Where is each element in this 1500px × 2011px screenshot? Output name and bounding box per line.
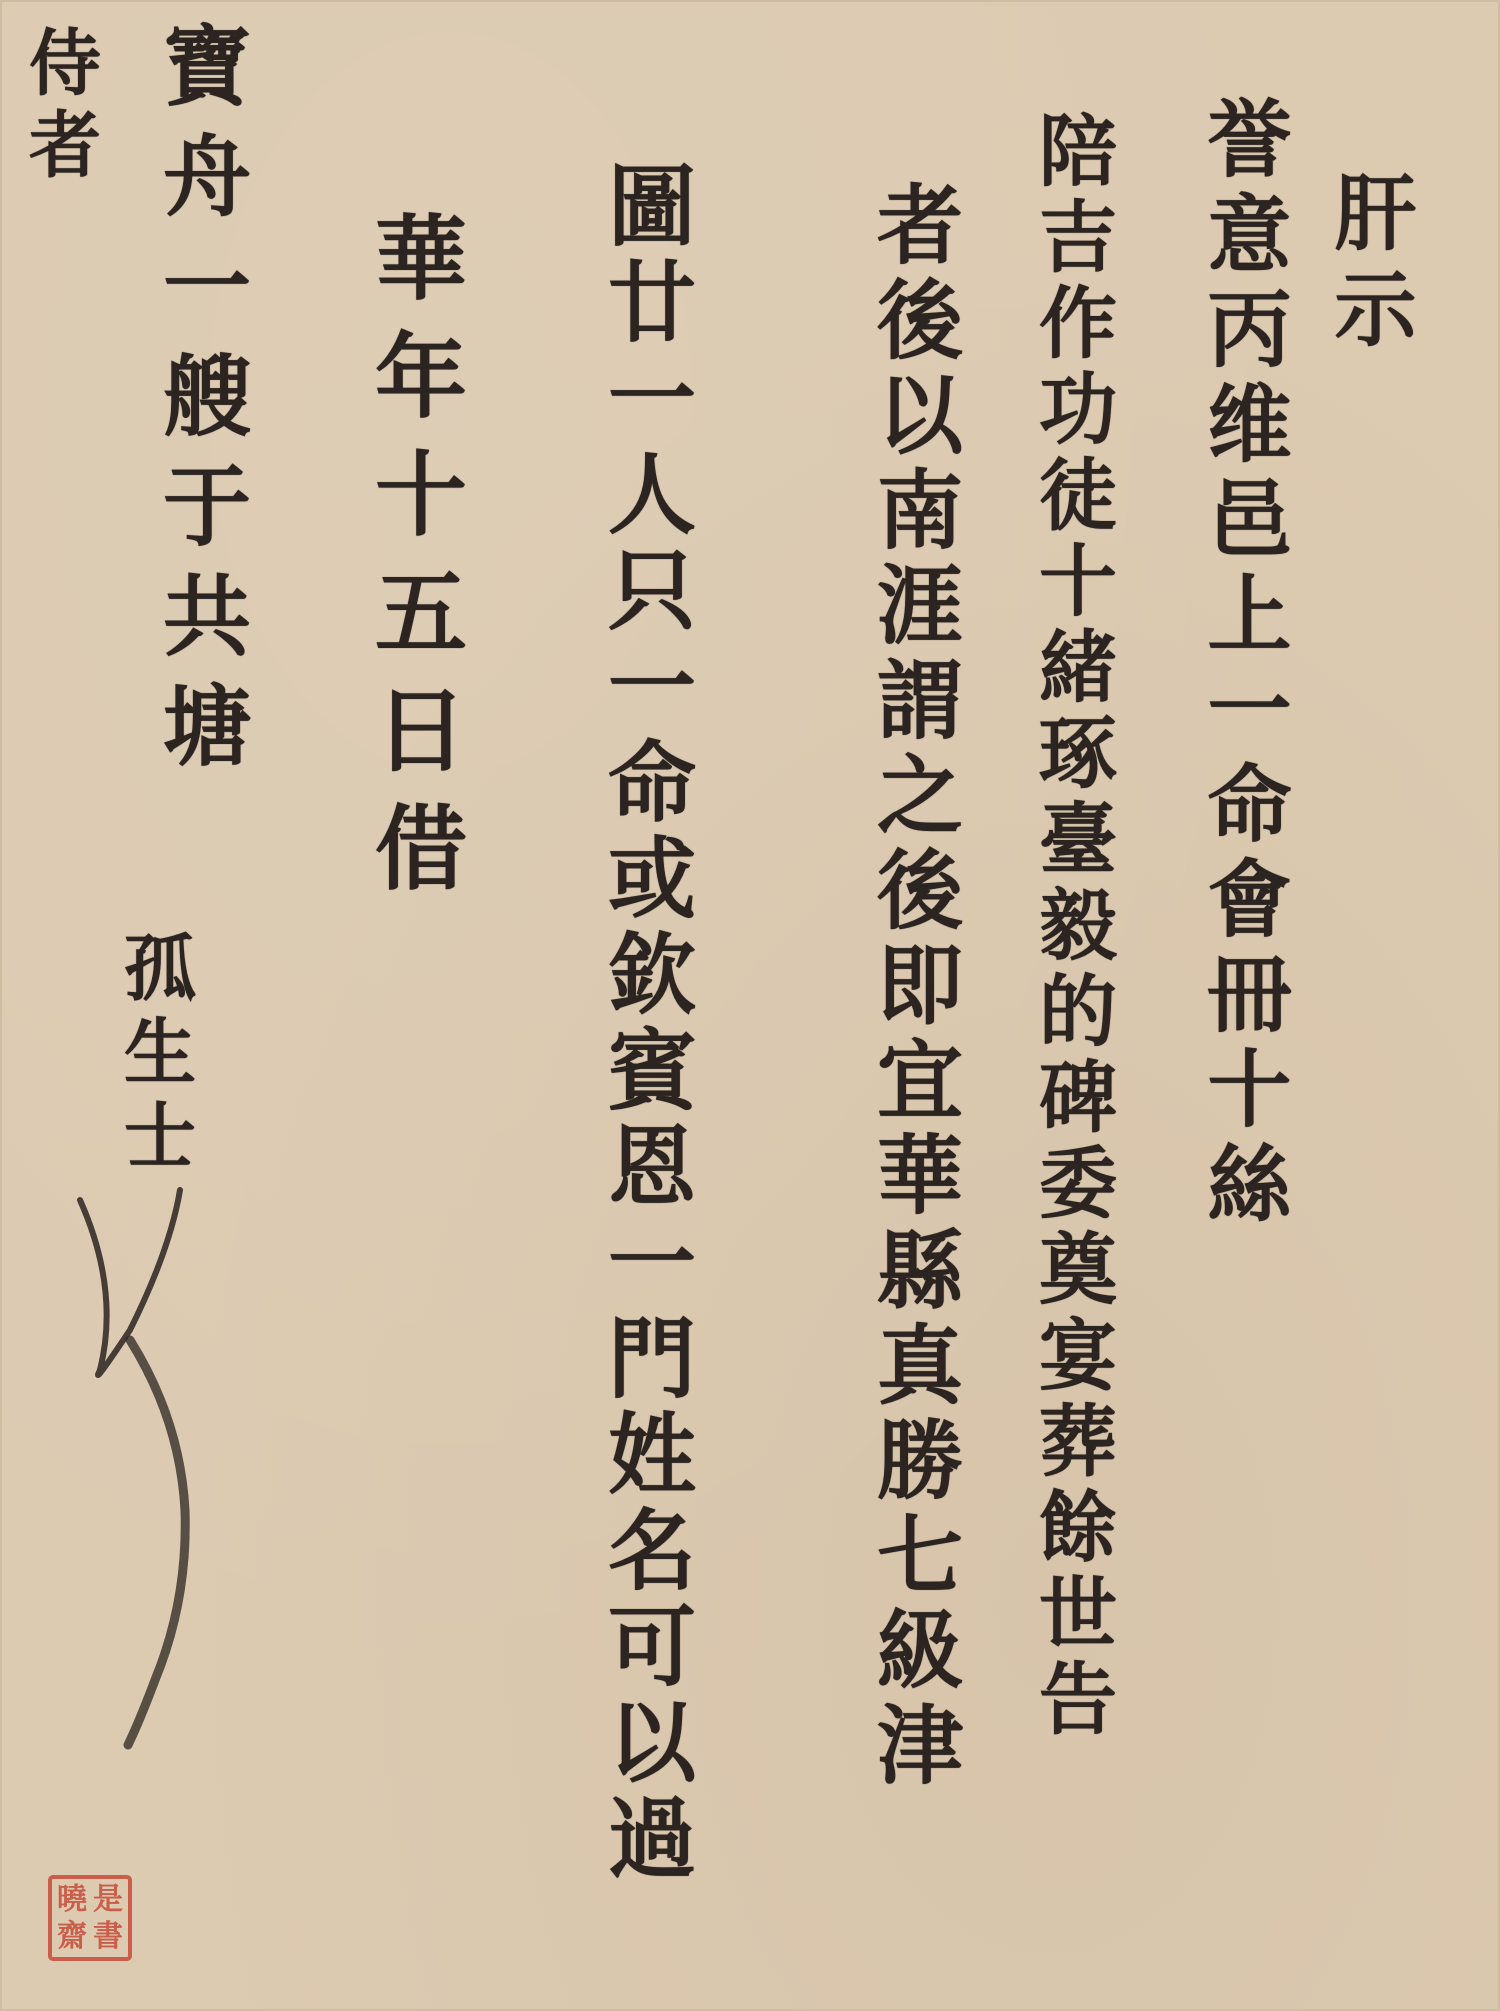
column-7: 寶舟一艘于共塘 <box>157 20 245 790</box>
column-1: 肝示 <box>1328 170 1410 362</box>
red-seal-stamp: 曉 是 齋 書 <box>48 1875 132 1961</box>
seal-char: 曉 <box>54 1881 90 1918</box>
seal-char: 齋 <box>54 1918 90 1955</box>
signature-flourish-stroke <box>60 1080 210 1780</box>
column-5: 圖廿一人只一命或欽賓恩一門姓名可以過 <box>602 160 690 1888</box>
seal-char: 是 <box>90 1881 126 1918</box>
column-6: 華年十五日借 <box>368 210 460 918</box>
column-2: 誉意丙维邑上一命會冊十絲 <box>1201 95 1285 1235</box>
column-4: 者後以南涯謂之後即宜華縣真勝七級津 <box>869 180 955 1795</box>
calligraphy-letter: 肝示 誉意丙维邑上一命會冊十絲 陪吉作功徒十緒琢臺毅的碑委奠宴葬餘世告 者後以南… <box>0 0 1500 2011</box>
column-8: 侍者 <box>23 25 95 189</box>
seal-char: 書 <box>90 1918 126 1955</box>
column-3: 陪吉作功徒十緒琢臺毅的碑委奠宴葬餘世告 <box>1032 110 1110 1744</box>
